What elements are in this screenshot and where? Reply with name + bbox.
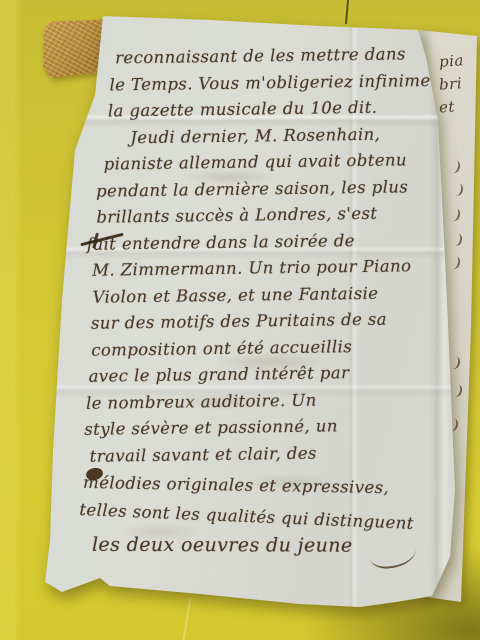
illegible-stroke — [448, 207, 462, 222]
manuscript-line: travail savant et clair, des — [90, 438, 468, 470]
manuscript-text: reconnaissant de les mettre dans le Temp… — [72, 41, 457, 559]
string-mark — [345, 0, 349, 24]
illegible-stroke — [450, 383, 464, 398]
illegible-stroke — [448, 255, 462, 270]
page-fragment-line: bri — [438, 74, 462, 94]
page-fragment-line: et — [438, 97, 455, 116]
illegible-stroke — [448, 159, 462, 174]
scratch-mark — [183, 598, 192, 640]
illegible-stroke — [451, 182, 465, 197]
page-fragment-line: pia — [438, 51, 464, 71]
manuscript-line: mélodies originales et expressives, — [83, 470, 461, 503]
letter-paper: reconnaissant de les mettre dans le Temp… — [40, 12, 465, 618]
photo-background: pia bri et reconnaissant de les mettre d… — [0, 0, 480, 640]
pen-flourish — [369, 538, 418, 571]
illegible-stroke — [450, 232, 464, 247]
